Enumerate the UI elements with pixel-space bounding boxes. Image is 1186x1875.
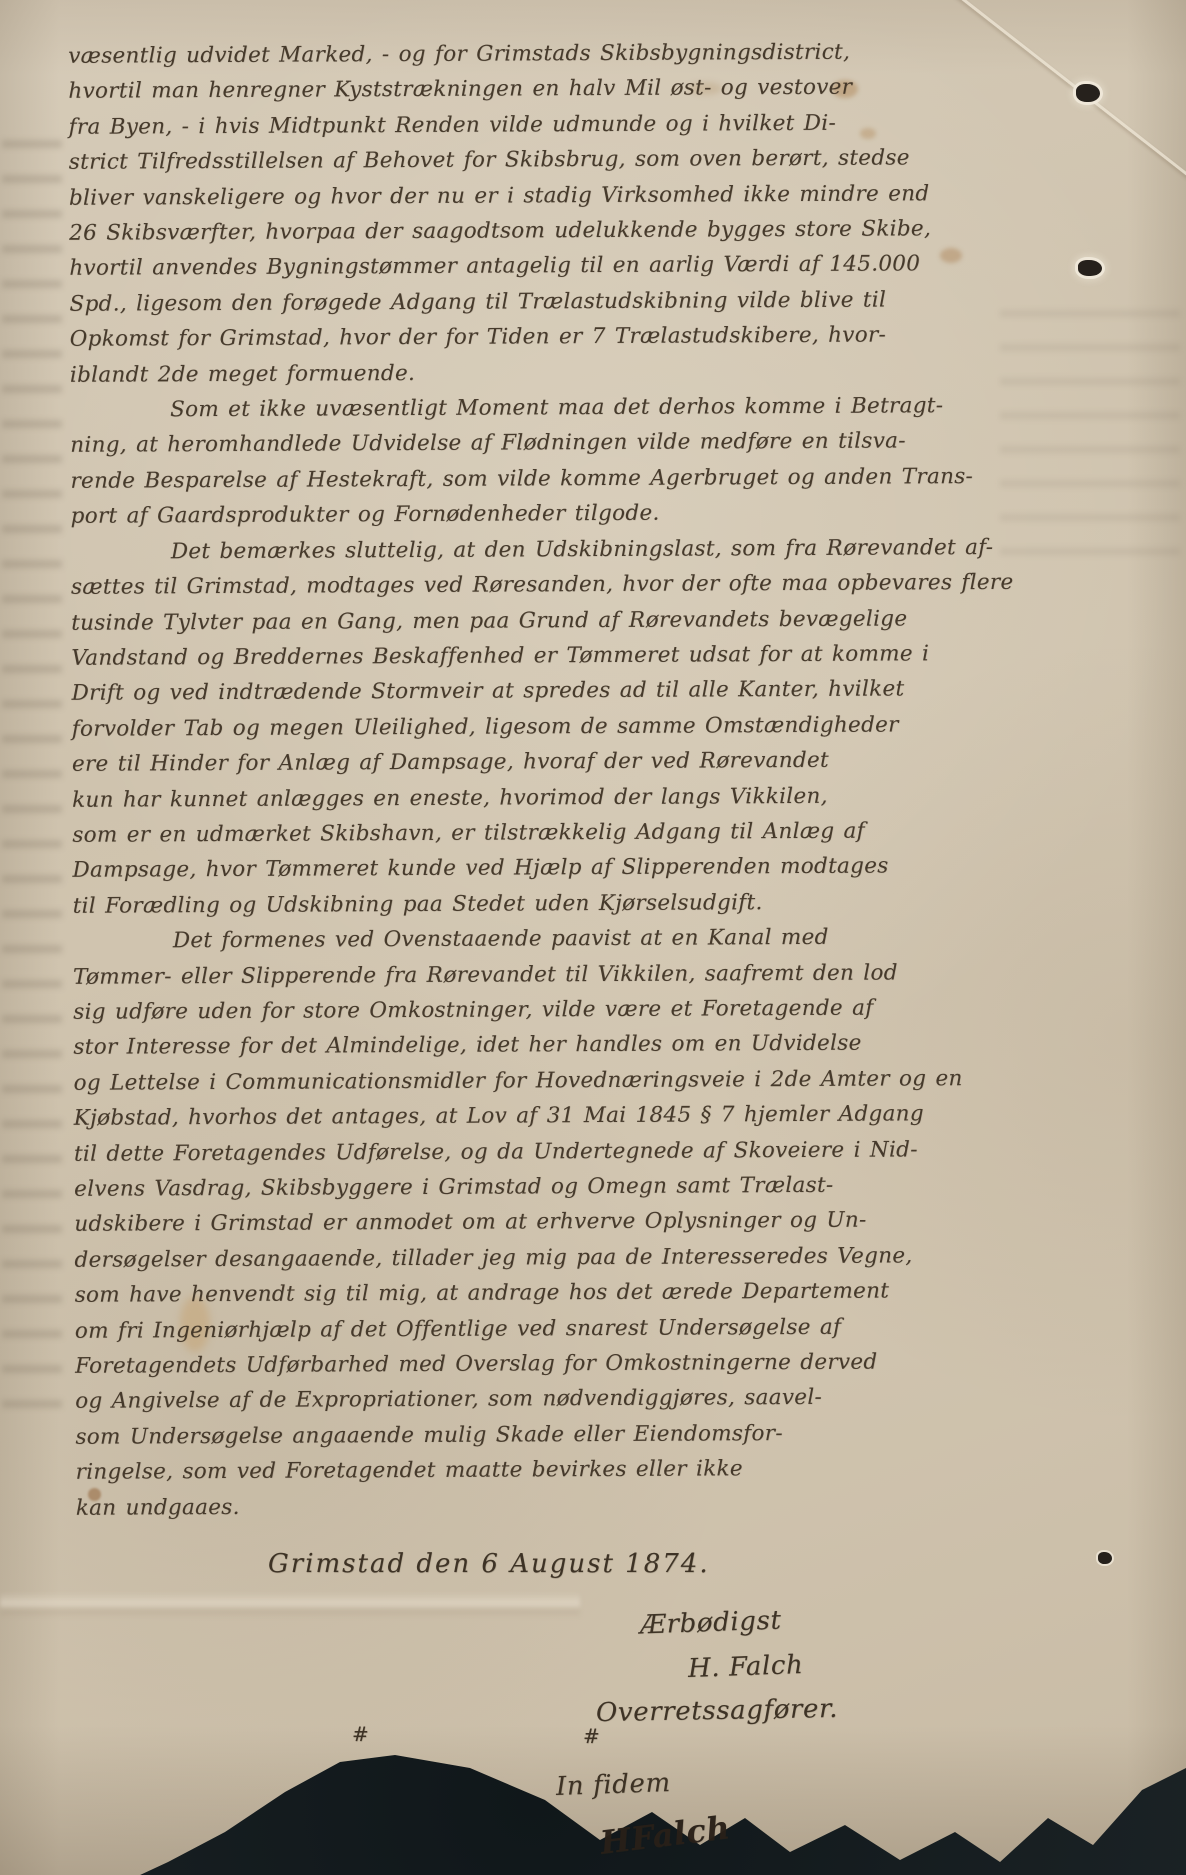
letter-line: Spd., ligesom den forøgede Adgang til Tr…: [69, 281, 1129, 322]
letter-body: væsentlig udvidet Marked, - og for Grims…: [68, 33, 1136, 1526]
attestation-in-fidem: In fidem: [555, 1768, 671, 1803]
letter-line: port af Gaardsprodukter og Fornødenheder…: [71, 494, 1131, 535]
letter-line: Drift og ved indtrædende Stormveir at sp…: [71, 671, 1131, 712]
letter-line: som have henvendt sig til mig, at andrag…: [75, 1272, 1135, 1313]
letter-line: Foretagendets Udførbarhed med Overslag f…: [75, 1343, 1135, 1384]
letter-line: elvens Vasdrag, Skibsbyggere i Grimstad …: [74, 1166, 1134, 1207]
archival-scan: væsentlig udvidet Marked, - og for Grims…: [0, 0, 1186, 1875]
letter-line: kan undgaaes.: [76, 1485, 1136, 1526]
signature-name: H. Falch: [687, 1650, 803, 1685]
letter-line: og Lettelse i Communicationsmidler for H…: [73, 1060, 1133, 1101]
letter-line: bliver vanskeligere og hvor der nu er i …: [69, 175, 1129, 216]
signature-title: Overretssagfører.: [596, 1694, 839, 1729]
letter-line: dersøgelser desangaaende, tillader jeg m…: [74, 1237, 1134, 1278]
letter-line: og Angivelse af de Expropriationer, som …: [75, 1379, 1135, 1420]
letter-line: væsentlig udvidet Marked, - og for Grims…: [68, 33, 1128, 74]
letter-line: Kjøbstad, hvorhos det antages, at Lov af…: [74, 1095, 1134, 1136]
letter-line: rende Besparelse af Hestekraft, som vild…: [70, 458, 1130, 499]
letter-line: til Forædling og Udskibning paa Stedet u…: [73, 883, 1133, 924]
letter-line: strict Tilfredsstillelsen af Behovet for…: [69, 139, 1129, 180]
letter-line: 26 Skibsværfter, hvorpaa der saagodtsom …: [69, 210, 1129, 251]
letter-line: ere til Hinder for Anlæg af Dampsage, hv…: [72, 741, 1132, 782]
letter-line: som Undersøgelse angaaende mulig Skade e…: [75, 1414, 1135, 1455]
letter-line: udskibere i Grimstad er anmodet om at er…: [74, 1202, 1134, 1243]
letter-line: Vandstand og Breddernes Beskaffenhed er …: [71, 635, 1131, 676]
signature-final: HFalch: [598, 1808, 732, 1862]
letter-line: til dette Foretagendes Udførelse, og da …: [74, 1131, 1134, 1172]
letter-line: som er en udmærket Skibshavn, er tilstræ…: [72, 812, 1132, 853]
letter-line: forvolder Tab og megen Uleilighed, liges…: [72, 706, 1132, 747]
letter-line: ringelse, som ved Foretagendet maatte be…: [76, 1449, 1136, 1490]
letter-line: stor Interesse for det Almindelige, idet…: [73, 1025, 1133, 1066]
letter-line: hvortil anvendes Bygningstømmer antageli…: [69, 246, 1129, 287]
dateline: Grimstad den 6 August 1874.: [268, 1549, 710, 1580]
letter-line: Det formenes ved Ovenstaaende paavist at…: [73, 918, 1133, 959]
letter-line: tusinde Tylvter paa en Gang, men paa Gru…: [71, 600, 1131, 641]
letter-line: fra Byen, - i hvis Midtpunkt Renden vild…: [68, 104, 1128, 145]
letter-line: sig udføre uden for store Omkostninger, …: [73, 989, 1133, 1030]
letter-line: kun har kunnet anlægges en eneste, hvori…: [72, 777, 1132, 818]
letter-line: Det bemærkes sluttelig, at den Udskibnin…: [71, 529, 1131, 570]
letter-line: iblandt 2de meget formuende.: [70, 352, 1130, 393]
closing-valediction: Ærbødigst: [639, 1606, 782, 1642]
letter-line: Dampsage, hvor Tømmeret kunde ved Hjælp …: [72, 848, 1132, 889]
letter-line: hvortil man henregner Kyststrækningen en…: [68, 69, 1128, 110]
letter-line: Tømmer- eller Slipperende fra Rørevandet…: [73, 954, 1133, 995]
letter-line: Opkomst for Grimstad, hvor der for Tiden…: [70, 316, 1130, 357]
hash-mark-center: #: [583, 1724, 600, 1748]
letter-line: ning, at heromhandlede Udvidelse af Flød…: [70, 423, 1130, 464]
letter-line: om fri Ingeniørhjælp af det Offentlige v…: [75, 1308, 1135, 1349]
letter-line: Som et ikke uvæsentligt Moment maa det d…: [70, 387, 1130, 428]
letter-line: sættes til Grimstad, modtages ved Røresa…: [71, 564, 1131, 605]
hash-mark-left: #: [352, 1722, 369, 1746]
letter-content: væsentlig udvidet Marked, - og for Grims…: [0, 0, 1186, 1875]
